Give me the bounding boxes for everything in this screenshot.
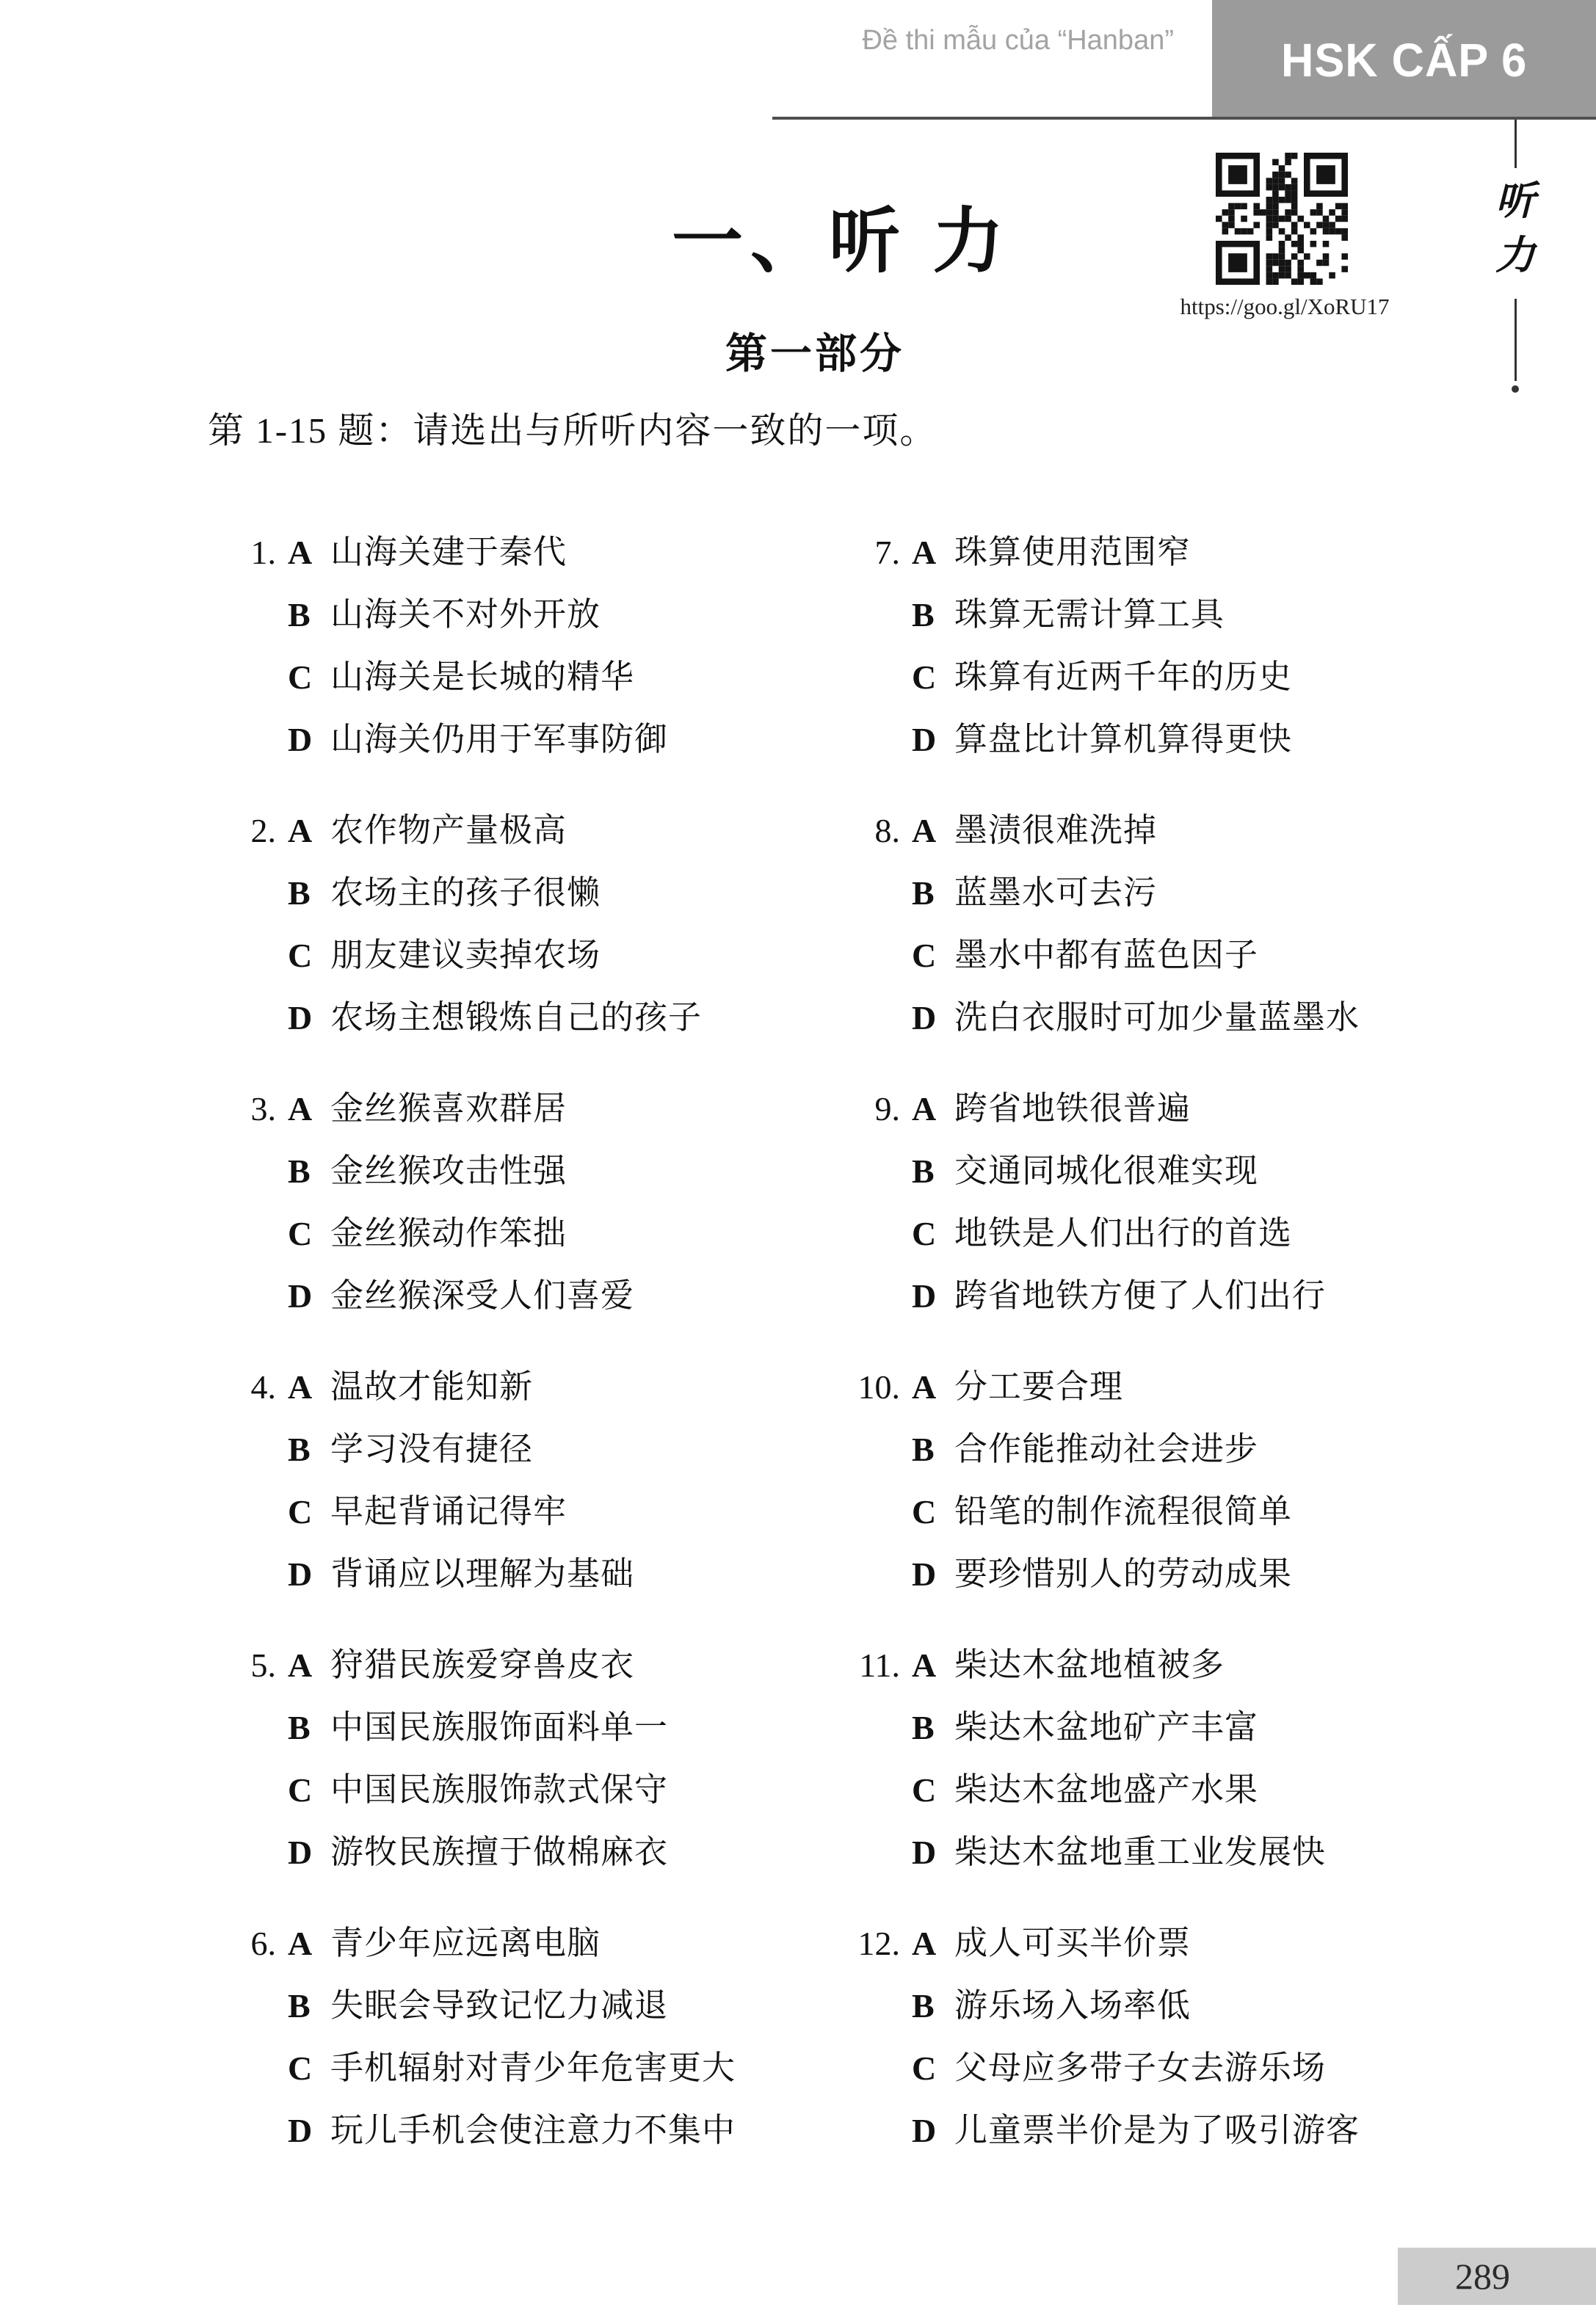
answer-option: A 金丝猴喜欢群居 [288,1078,830,1140]
option-text: 金丝猴动作笨拙 [330,1202,567,1265]
header-subtitle: Đề thi mẫu của “Hanban” [862,25,1174,57]
question-number: 5. [220,1634,288,1884]
option-letter: A [288,1078,330,1140]
option-text: 合作能推动社会进步 [954,1418,1258,1481]
answer-option: B 山海关不对外开放 [288,584,830,646]
option-text: 洗白衣服时可加少量蓝墨水 [954,987,1360,1049]
answer-option: A 温故才能知新 [288,1356,830,1418]
qr-code-url: https://goo.gl/XoRU17 [1145,294,1424,320]
answer-option: A 狩猎民族爱穿兽皮衣 [288,1634,830,1696]
option-letter: C [288,1759,330,1821]
side-tab-line-bottom [1515,299,1517,381]
option-letter: B [912,1418,954,1481]
option-letter: D [288,987,330,1049]
answer-option: B 交通同城化很难实现 [912,1140,1578,1202]
option-letter: C [912,2037,954,2099]
question-options: A 山海关建于秦代 B 山海关不对外开放 C 山海关是长城的精华 D 山海关仍用… [288,521,830,771]
side-tab-dot [1512,385,1519,393]
option-letter: B [288,862,330,924]
question-number: 12. [844,1912,912,2162]
side-tab-char-li: 力 [1495,234,1535,277]
answer-option: B 游乐场入场率低 [912,1975,1578,2037]
answer-option: C 墨水中都有蓝色因子 [912,924,1578,987]
option-text: 铅笔的制作流程很简单 [954,1481,1292,1543]
option-text: 跨省地铁很普遍 [954,1078,1191,1140]
option-letter: C [288,646,330,708]
question: 3. A 金丝猴喜欢群居 B 金丝猴攻击性强 C 金丝猴动作笨拙 D 金丝猴深受… [220,1078,830,1327]
question-options: A 农作物产量极高 B 农场主的孩子很懒 C 朋友建议卖掉农场 D 农场主想锻炼… [288,799,830,1049]
answer-option: C 珠算有近两千年的历史 [912,646,1578,708]
question: 2. A 农作物产量极高 B 农场主的孩子很懒 C 朋友建议卖掉农场 D 农场主… [220,799,830,1049]
option-text: 学习没有捷径 [330,1418,533,1481]
section-main-title: 一、听 力 [672,184,1011,286]
option-letter: D [288,2099,330,2162]
question: 4. A 温故才能知新 B 学习没有捷径 C 早起背诵记得牢 D 背诵应以理解为… [220,1356,830,1605]
option-letter: C [912,924,954,987]
part-title: 第一部分 [725,320,904,380]
question-options: A 金丝猴喜欢群居 B 金丝猴攻击性强 C 金丝猴动作笨拙 D 金丝猴深受人们喜… [288,1078,830,1327]
option-text: 柴达木盆地重工业发展快 [954,1821,1326,1884]
option-text: 山海关建于秦代 [330,521,567,584]
option-letter: B [912,1140,954,1202]
option-letter: A [912,521,954,584]
option-text: 珠算使用范围窄 [954,521,1191,584]
answer-option: A 跨省地铁很普遍 [912,1078,1578,1140]
option-text: 温故才能知新 [330,1356,533,1418]
option-letter: C [288,2037,330,2099]
question-options: A 温故才能知新 B 学习没有捷径 C 早起背诵记得牢 D 背诵应以理解为基础 [288,1356,830,1605]
instruction-text: 第 1-15 题：请选出与所听内容一致的一项。 [208,402,937,454]
answer-option: C 父母应多带子女去游乐场 [912,2037,1578,2099]
option-letter: C [912,1481,954,1543]
option-text: 金丝猴喜欢群居 [330,1078,567,1140]
option-text: 失眠会导致记忆力减退 [330,1975,668,2037]
qr-code [1216,153,1348,285]
option-letter: D [288,708,330,771]
question-options: A 珠算使用范围窄 B 珠算无需计算工具 C 珠算有近两千年的历史 D 算盘比计… [912,521,1578,771]
question-number: 7. [844,521,912,771]
hsk-level-badge: HSK CẤP 6 [1212,0,1596,120]
option-text: 父母应多带子女去游乐场 [954,2037,1326,2099]
option-text: 狩猎民族爱穿兽皮衣 [330,1634,634,1696]
option-text: 游牧民族擅于做棉麻衣 [330,1821,668,1884]
option-text: 珠算无需计算工具 [954,584,1225,646]
answer-option: D 洗白衣服时可加少量蓝墨水 [912,987,1578,1049]
option-letter: B [912,1696,954,1759]
question-number: 4. [220,1356,288,1605]
question: 8. A 墨渍很难洗掉 B 蓝墨水可去污 C 墨水中都有蓝色因子 D 洗白衣服时… [844,799,1578,1049]
option-text: 游乐场入场率低 [954,1975,1191,2037]
answer-option: A 墨渍很难洗掉 [912,799,1578,862]
option-text: 中国民族服饰面料单一 [330,1696,668,1759]
question-number: 6. [220,1912,288,2162]
option-text: 农场主的孩子很懒 [330,862,601,924]
answer-option: D 游牧民族擅于做棉麻衣 [288,1821,830,1884]
answer-option: D 儿童票半价是为了吸引游客 [912,2099,1578,2162]
option-text: 农作物产量极高 [330,799,567,862]
question: 12. A 成人可买半价票 B 游乐场入场率低 C 父母应多带子女去游乐场 D … [844,1912,1578,2162]
option-text: 朋友建议卖掉农场 [330,924,601,987]
side-tab-line-top [1515,120,1517,168]
option-letter: D [288,1821,330,1884]
option-text: 玩儿手机会使注意力不集中 [330,2099,736,2162]
answer-option: C 柴达木盆地盛产水果 [912,1759,1578,1821]
answer-option: B 农场主的孩子很懒 [288,862,830,924]
answer-option: D 山海关仍用于军事防御 [288,708,830,771]
option-letter: D [288,1265,330,1327]
option-text: 背诵应以理解为基础 [330,1543,634,1605]
option-letter: A [288,521,330,584]
option-letter: A [288,1634,330,1696]
question: 6. A 青少年应远离电脑 B 失眠会导致记忆力减退 C 手机辐射对青少年危害更… [220,1912,830,2162]
question: 1. A 山海关建于秦代 B 山海关不对外开放 C 山海关是长城的精华 D 山海… [220,521,830,771]
answer-option: D 农场主想锻炼自己的孩子 [288,987,830,1049]
hsk-level-badge-label: HSK CẤP 6 [1281,33,1527,87]
answer-option: A 成人可买半价票 [912,1912,1578,1975]
option-text: 山海关不对外开放 [330,584,601,646]
answer-option: C 地铁是人们出行的首选 [912,1202,1578,1265]
option-letter: D [912,1543,954,1605]
answer-option: B 金丝猴攻击性强 [288,1140,830,1202]
answer-option: A 山海关建于秦代 [288,521,830,584]
question-number: 3. [220,1078,288,1327]
answer-option: D 跨省地铁方便了人们出行 [912,1265,1578,1327]
answer-option: C 金丝猴动作笨拙 [288,1202,830,1265]
option-letter: B [912,584,954,646]
option-letter: D [912,708,954,771]
scanned-test-page: Đề thi mẫu của “Hanban” HSK CẤP 6 听 力 一、… [0,0,1596,2324]
question: 9. A 跨省地铁很普遍 B 交通同城化很难实现 C 地铁是人们出行的首选 D … [844,1078,1578,1327]
question-options: A 青少年应远离电脑 B 失眠会导致记忆力减退 C 手机辐射对青少年危害更大 D… [288,1912,830,2162]
question-options: A 分工要合理 B 合作能推动社会进步 C 铅笔的制作流程很简单 D 要珍惜别人… [912,1356,1578,1605]
answer-option: D 玩儿手机会使注意力不集中 [288,2099,830,2162]
option-letter: B [912,862,954,924]
answer-option: D 柴达木盆地重工业发展快 [912,1821,1578,1884]
option-letter: A [912,1078,954,1140]
question-number: 8. [844,799,912,1049]
option-letter: B [288,1140,330,1202]
answer-option: D 算盘比计算机算得更快 [912,708,1578,771]
question-options: A 柴达木盆地植被多 B 柴达木盆地矿产丰富 C 柴达木盆地盛产水果 D 柴达木… [912,1634,1578,1884]
option-letter: B [288,584,330,646]
answer-option: B 合作能推动社会进步 [912,1418,1578,1481]
question: 10. A 分工要合理 B 合作能推动社会进步 C 铅笔的制作流程很简单 D 要… [844,1356,1578,1605]
answer-option: D 背诵应以理解为基础 [288,1543,830,1605]
answer-option: B 蓝墨水可去污 [912,862,1578,924]
option-letter: B [288,1696,330,1759]
question-number: 10. [844,1356,912,1605]
side-tab-char-ting: 听 [1495,180,1535,222]
option-letter: A [912,799,954,862]
question-number: 2. [220,799,288,1049]
answer-option: C 山海关是长城的精华 [288,646,830,708]
option-letter: D [912,1265,954,1327]
answer-option: D 要珍惜别人的劳动成果 [912,1543,1578,1605]
answer-option: C 铅笔的制作流程很简单 [912,1481,1578,1543]
option-letter: C [288,1202,330,1265]
answer-option: A 柴达木盆地植被多 [912,1634,1578,1696]
option-letter: B [288,1418,330,1481]
option-text: 儿童票半价是为了吸引游客 [954,2099,1360,2162]
option-letter: C [912,646,954,708]
chapter-side-tab: 听 力 [1496,120,1534,393]
answer-option: C 早起背诵记得牢 [288,1481,830,1543]
option-text: 墨水中都有蓝色因子 [954,924,1258,987]
option-text: 墨渍很难洗掉 [954,799,1157,862]
option-text: 手机辐射对青少年危害更大 [330,2037,736,2099]
question-number: 9. [844,1078,912,1327]
option-letter: C [912,1759,954,1821]
option-letter: B [912,1975,954,2037]
option-letter: A [912,1634,954,1696]
option-letter: D [288,1543,330,1605]
option-text: 珠算有近两千年的历史 [954,646,1292,708]
answer-option: A 农作物产量极高 [288,799,830,862]
option-letter: D [912,1821,954,1884]
option-text: 要珍惜别人的劳动成果 [954,1543,1292,1605]
option-text: 早起背诵记得牢 [330,1481,567,1543]
answer-option: B 中国民族服饰面料单一 [288,1696,830,1759]
option-letter: A [288,799,330,862]
answer-option: B 学习没有捷径 [288,1418,830,1481]
question-options: A 狩猎民族爱穿兽皮衣 B 中国民族服饰面料单一 C 中国民族服饰款式保守 D … [288,1634,830,1884]
question-options: A 成人可买半价票 B 游乐场入场率低 C 父母应多带子女去游乐场 D 儿童票半… [912,1912,1578,2162]
question: 11. A 柴达木盆地植被多 B 柴达木盆地矿产丰富 C 柴达木盆地盛产水果 D… [844,1634,1578,1884]
option-letter: A [288,1356,330,1418]
questions-column-right: 7. A 珠算使用范围窄 B 珠算无需计算工具 C 珠算有近两千年的历史 D 算… [844,521,1578,2190]
answer-option: D 金丝猴深受人们喜爱 [288,1265,830,1327]
answer-option: B 柴达木盆地矿产丰富 [912,1696,1578,1759]
option-letter: C [912,1202,954,1265]
question-number: 11. [844,1634,912,1884]
answer-option: C 中国民族服饰款式保守 [288,1759,830,1821]
option-letter: A [912,1356,954,1418]
question-options: A 墨渍很难洗掉 B 蓝墨水可去污 C 墨水中都有蓝色因子 D 洗白衣服时可加少… [912,799,1578,1049]
option-text: 跨省地铁方便了人们出行 [954,1265,1326,1327]
option-text: 分工要合理 [954,1356,1123,1418]
option-text: 农场主想锻炼自己的孩子 [330,987,702,1049]
answer-option: A 青少年应远离电脑 [288,1912,830,1975]
option-text: 中国民族服饰款式保守 [330,1759,668,1821]
page-number-box: 289 [1398,2248,1596,2305]
answer-option: B 失眠会导致记忆力减退 [288,1975,830,2037]
option-letter: A [288,1912,330,1975]
page-number: 289 [1455,2248,1510,2305]
answer-option: C 手机辐射对青少年危害更大 [288,2037,830,2099]
option-text: 金丝猴深受人们喜爱 [330,1265,634,1327]
option-text: 金丝猴攻击性强 [330,1140,567,1202]
question: 5. A 狩猎民族爱穿兽皮衣 B 中国民族服饰面料单一 C 中国民族服饰款式保守… [220,1634,830,1884]
option-text: 柴达木盆地矿产丰富 [954,1696,1258,1759]
option-letter: A [912,1912,954,1975]
answer-option: B 珠算无需计算工具 [912,584,1578,646]
option-letter: C [288,924,330,987]
option-text: 柴达木盆地植被多 [954,1634,1225,1696]
option-text: 山海关是长城的精华 [330,646,634,708]
answer-option: A 珠算使用范围窄 [912,521,1578,584]
answer-option: A 分工要合理 [912,1356,1578,1418]
question: 7. A 珠算使用范围窄 B 珠算无需计算工具 C 珠算有近两千年的历史 D 算… [844,521,1578,771]
option-letter: B [288,1975,330,2037]
question-number: 1. [220,521,288,771]
option-text: 算盘比计算机算得更快 [954,708,1292,771]
option-text: 蓝墨水可去污 [954,862,1157,924]
option-text: 山海关仍用于军事防御 [330,708,668,771]
option-text: 交通同城化很难实现 [954,1140,1258,1202]
header-divider [772,117,1596,120]
option-text: 成人可买半价票 [954,1912,1191,1975]
questions-column-left: 1. A 山海关建于秦代 B 山海关不对外开放 C 山海关是长城的精华 D 山海… [220,521,830,2190]
option-letter: D [912,2099,954,2162]
option-text: 青少年应远离电脑 [330,1912,601,1975]
option-letter: D [912,987,954,1049]
option-text: 柴达木盆地盛产水果 [954,1759,1258,1821]
option-letter: C [288,1481,330,1543]
answer-option: C 朋友建议卖掉农场 [288,924,830,987]
question-options: A 跨省地铁很普遍 B 交通同城化很难实现 C 地铁是人们出行的首选 D 跨省地… [912,1078,1578,1327]
option-text: 地铁是人们出行的首选 [954,1202,1292,1265]
